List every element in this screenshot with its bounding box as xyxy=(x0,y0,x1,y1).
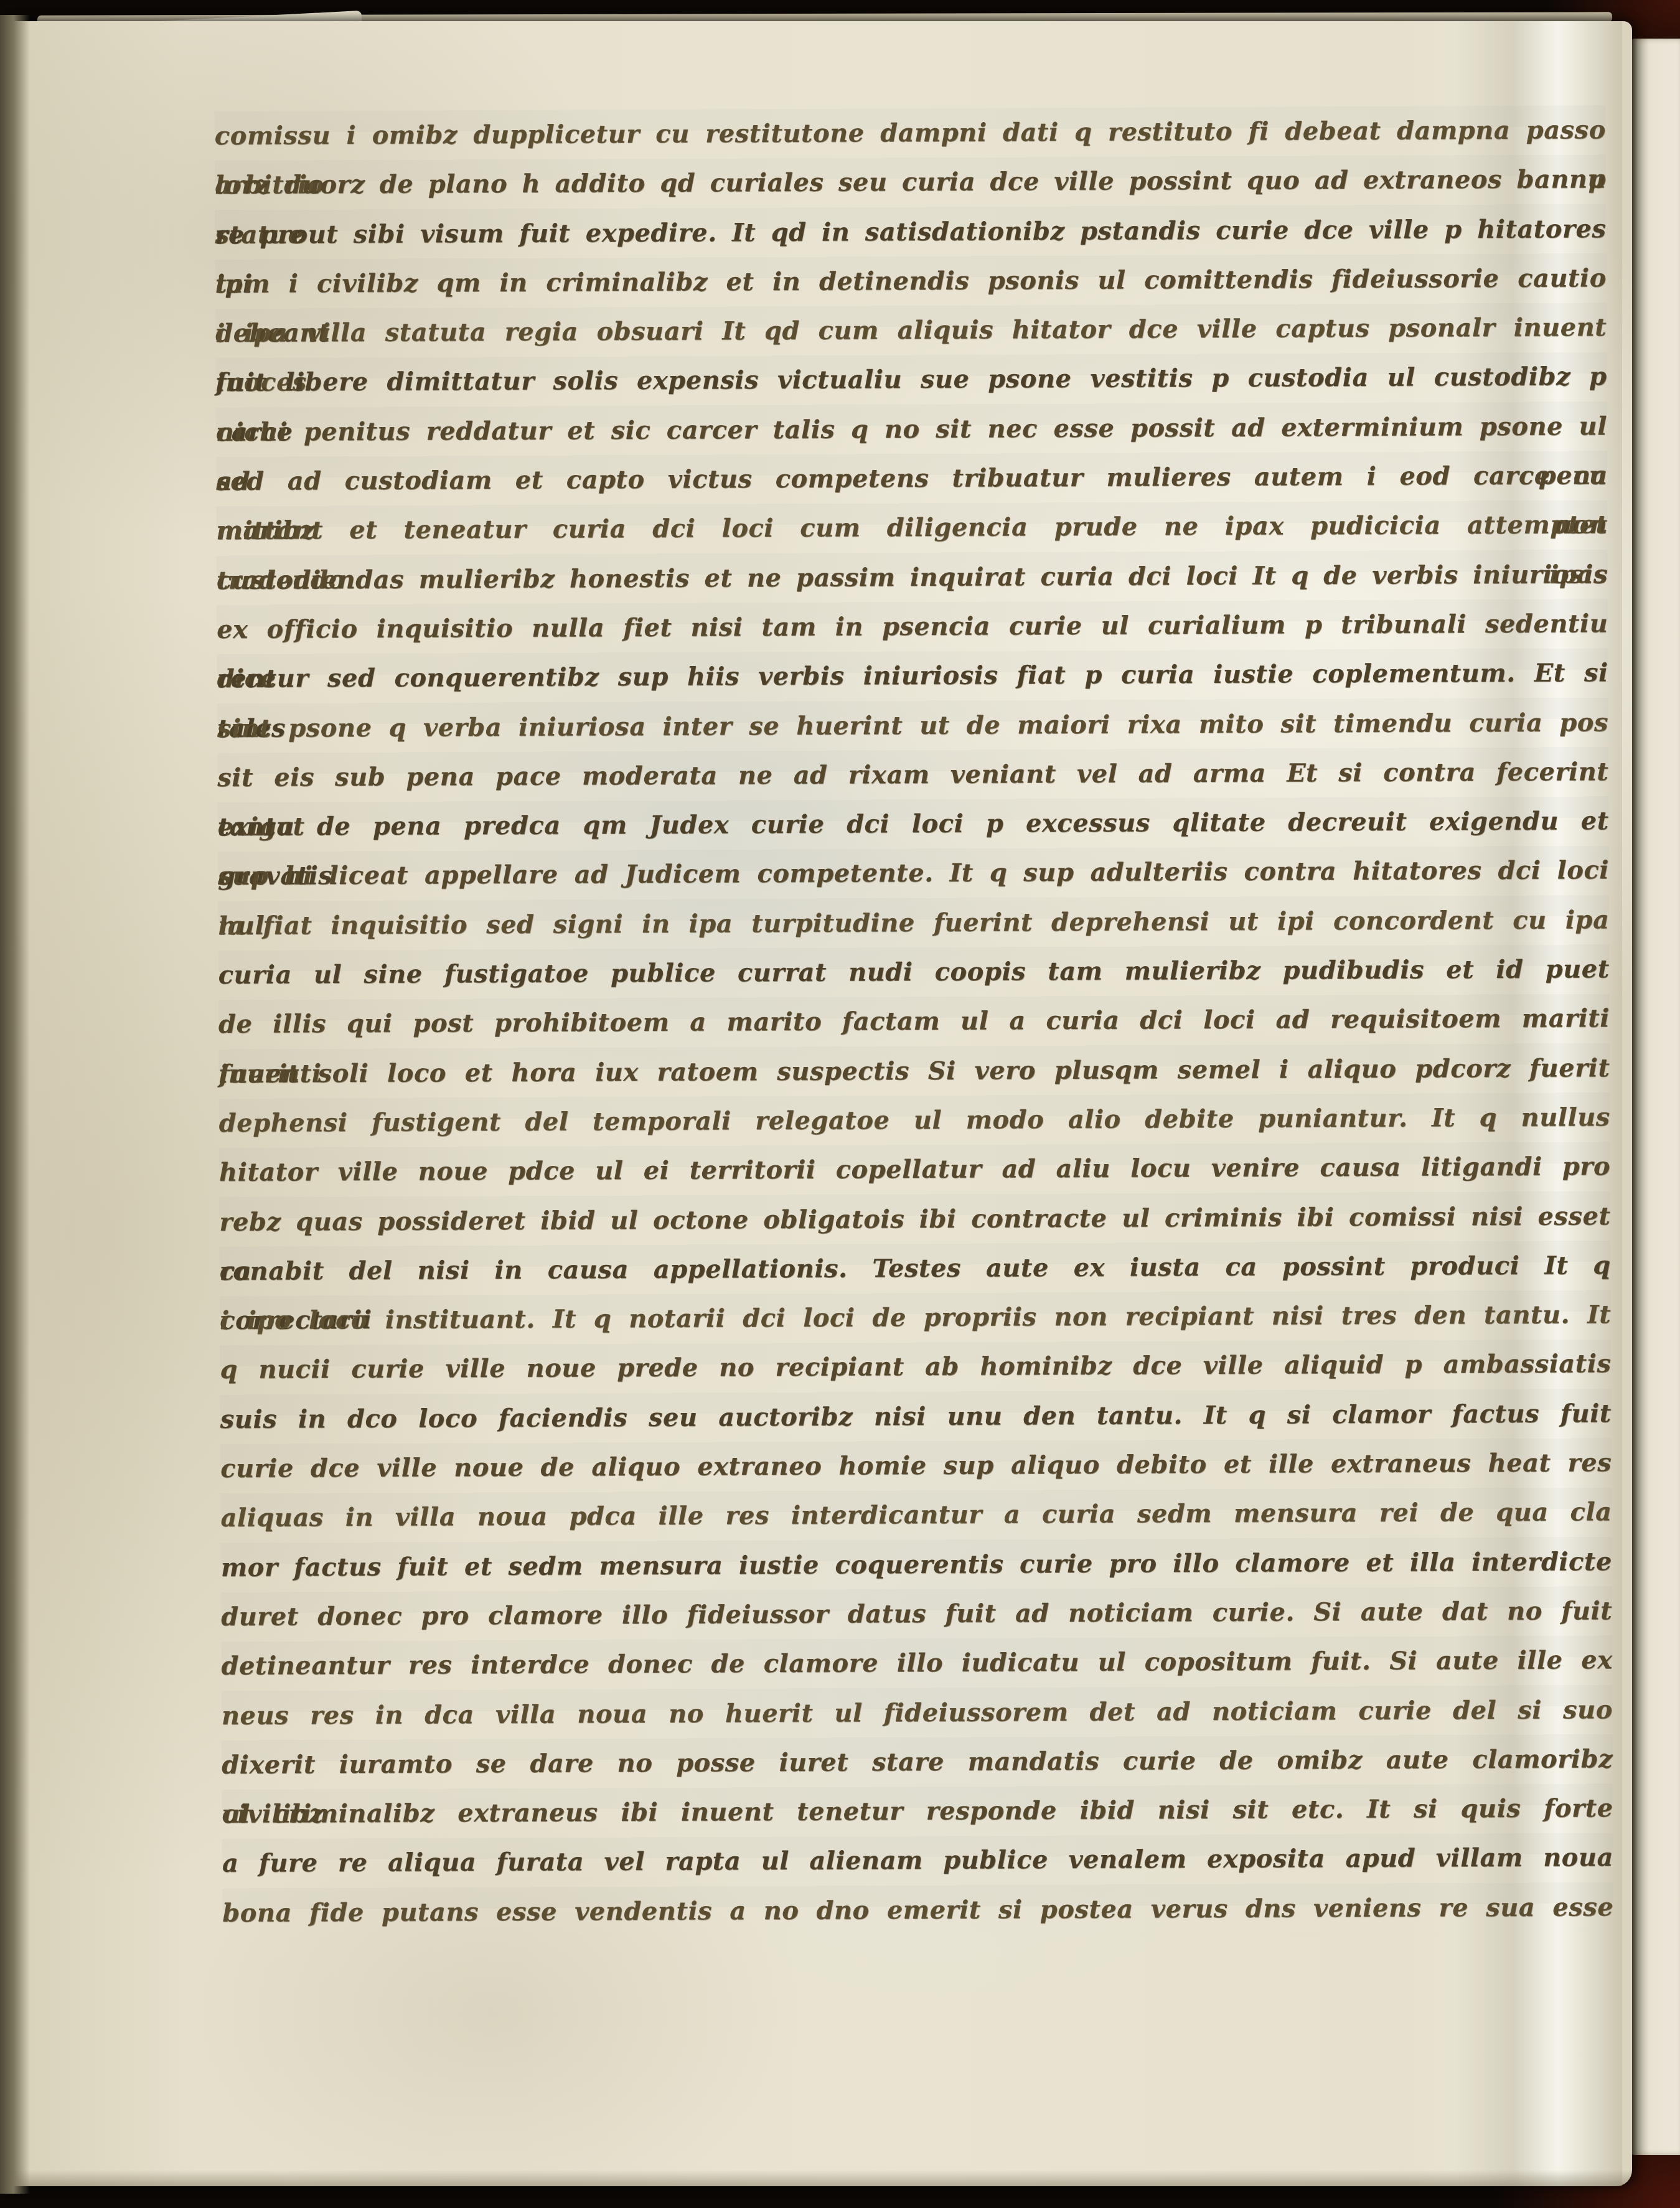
manuscript-line: nichi penitus reddatur et sic carcer tal… xyxy=(216,402,1607,457)
manuscript-line: ex officio inquisitio nulla fiet nisi ta… xyxy=(217,599,1608,654)
manuscript-line: la fiat inquisitio sed signi in ipa turp… xyxy=(218,895,1609,951)
manuscript-line: i ipa villa statuta regia obsuari It qd … xyxy=(215,303,1607,358)
manuscript-line: dixerit iuramto se dare no posse iuret s… xyxy=(222,1734,1613,1790)
manuscript-line: mor factus fuit et sedm mensura iustie c… xyxy=(221,1537,1612,1592)
manuscript-line: lorz duorz de plano h addito qd curiales… xyxy=(215,154,1606,210)
parchment-page: comissu i omibz dupplicetur cu restituto… xyxy=(4,21,1632,2186)
manuscript-line: de illis qui post prohibitoem a marito f… xyxy=(218,994,1610,1049)
manuscript-line: sup hi liceat appellare ad Judicem compe… xyxy=(218,846,1609,901)
manuscript-line: fuit libere dimittatur solis expensis vi… xyxy=(215,352,1607,408)
manuscript-line: re prout sibi visum fuit expedire. It qd… xyxy=(215,204,1606,260)
manuscript-line: curia ul sine fustigatoe publice currat … xyxy=(218,944,1609,1000)
manuscript-line: custodiendas mulieribz honestis et ne pa… xyxy=(217,550,1608,605)
manuscript-line: curie dce ville noue de aliquo extraneo … xyxy=(220,1438,1612,1493)
manuscript-line: rebz quas possideret ibid ul octone obli… xyxy=(219,1191,1610,1247)
manuscript-line: ul criminalibz extraneus ibi inuent tene… xyxy=(222,1783,1613,1839)
manuscript-line: sint psone q verba iniuriosa inter se hu… xyxy=(217,698,1608,753)
manuscript-line: tam i civilibz qm in criminalibz et in d… xyxy=(215,253,1607,309)
manuscript-line: sed ad custodiam et capto victus compete… xyxy=(216,451,1607,506)
handwritten-text-block: comissu i omibz dupplicetur cu restituto… xyxy=(215,105,1614,1938)
manuscript-line: sit eis sub pena pace moderata ne ad rix… xyxy=(217,747,1608,802)
page-bottom-shadow xyxy=(4,2170,1632,2186)
manuscript-line: a fure re aliqua furata vel rapta ul ali… xyxy=(222,1833,1613,1889)
manuscript-line: aliquas in villa noua pdca ille res inte… xyxy=(220,1487,1612,1543)
manuscript-line: q nucii curie ville noue prede no recipi… xyxy=(220,1340,1611,1395)
fore-edge-next-leaf xyxy=(1631,39,1680,2155)
manuscript-line: mittant et teneatur curia dci loci cum d… xyxy=(216,500,1607,556)
manuscript-line: bona fide putans esse vendentis a no dno… xyxy=(222,1882,1613,1938)
manuscript-line: ronabit del nisi in causa appellationis.… xyxy=(220,1241,1611,1296)
manuscript-line: tantu de pena predca qm Judex curie dci … xyxy=(217,796,1608,852)
manuscript-line: detineantur res interdce donec de clamor… xyxy=(221,1635,1612,1691)
manuscript-photo: comissu i omibz dupplicetur cu restituto… xyxy=(0,0,1680,2208)
manuscript-line: suis in dco loco faciendis seu auctoribz… xyxy=(220,1389,1612,1444)
manuscript-line: rentur sed conquerentibz sup hiis verbis… xyxy=(217,648,1608,703)
manuscript-line: fuerit soli loco et hora iux ratoem susp… xyxy=(218,1043,1610,1099)
manuscript-line: hitator ville noue pdce ul ei territorii… xyxy=(219,1142,1610,1197)
manuscript-line: comissu i omibz dupplicetur cu restituto… xyxy=(215,105,1606,161)
manuscript-line: neus res in dca villa noua no huerit ul … xyxy=(222,1685,1613,1741)
manuscript-line: duret donec pro clamore illo fideiussor … xyxy=(221,1586,1612,1642)
manuscript-line: dephensi fustigent del temporali relegat… xyxy=(219,1092,1610,1148)
manuscript-line: i ipo loco instituant. It q notarii dci … xyxy=(220,1290,1611,1345)
